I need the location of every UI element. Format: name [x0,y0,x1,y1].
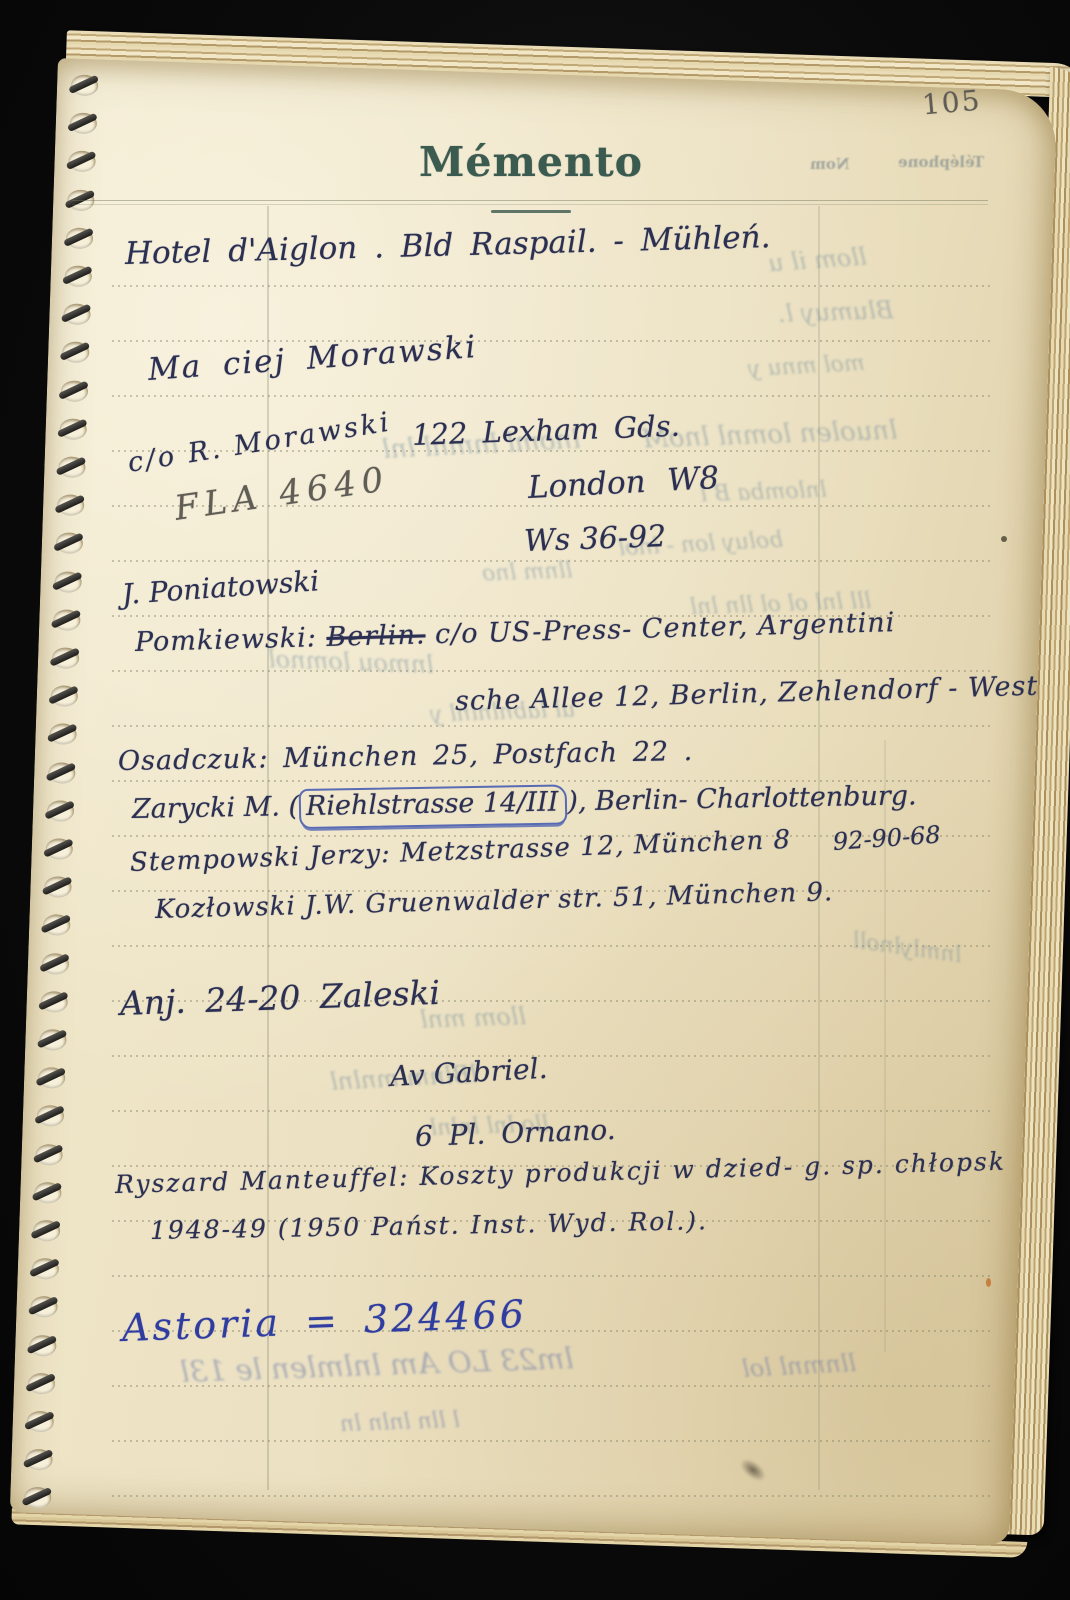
entry-osadczuk: Osadczuk: München 25, Postfach 22 . [118,736,694,777]
column-line-right [818,206,820,1490]
title-underline [491,210,571,213]
bleedthrough-verso-label-telephone: Téléphone [898,153,984,171]
ruled-line [112,395,992,397]
ruled-line [112,1440,992,1442]
ruled-line [112,725,992,727]
entry-pomkiewski-line2: sche Allee 12, Berlin, Zehlendorf - West [455,671,1039,717]
bleedthrough-text: Blumuy l. [778,296,894,328]
entry-stempowski: Stempowski Jerzy: Metzstrasse 12, Münche… [129,825,791,878]
ink-smudge [736,1454,769,1485]
entry-astoria-phone: Astoria = 324466 [121,1292,527,1350]
entry-zaleski-address1: Av Gabriel. [389,1052,548,1093]
page-number: 105 [921,83,983,121]
entry-morawski-phone-code: FLA 4640 [172,459,392,529]
ruled-line [112,340,992,342]
entry-zarycki-prefix: Zarycki M. ( [132,791,300,825]
entry-stempowski-phone: 92-90-68 [832,821,942,856]
ruled-line [112,1055,992,1057]
entry-zarycki-suffix: ), Berlin- Charlottenburg. [567,780,917,817]
entry-pomkiewski-suffix: c/o US-Press- Center, Argentini [425,607,896,650]
entry-zaleski-address2: 6 Pl. Ornano. [414,1113,616,1153]
entry-zarycki: Zarycki M. (Riehlstrasse 14/III), Berlin… [132,780,917,825]
entry-kozlowski: Kozłowski J.W. Gruenwalder str. 51, Münc… [155,877,834,925]
entry-morawski-phone: Ws 36-92 [523,519,666,559]
paper-speck [1001,536,1007,542]
bleedthrough-text: l lln lnln ln [340,1408,461,1437]
entry-zarycki-boxed-address: Riehlstrasse 14/III [299,784,568,829]
entry-hotel-aiglon: Hotel d'Aiglon . Bld Raspail. - Mühleń. [125,219,771,272]
header-rule-2 [72,204,988,205]
bleedthrough-text: llnmnl lol [741,1349,856,1383]
bleedthrough-text: lnmlylnoll [851,928,963,968]
bleedthrough-verso-label-nom: Nom [810,155,850,173]
entry-morawski-street: 122 Lexham Gds. [411,409,680,452]
ruled-line [112,285,992,287]
ruled-line [112,1275,992,1277]
entry-morawski-name: Ma ciej Morawski [147,329,479,388]
page-content-layer: Mémento 105 Nom Téléphone llom il u Blum… [0,0,1070,1600]
bleedthrough-text: lm23 LO Am lnlmlen le 13l [180,1341,575,1389]
header-rule [72,200,988,201]
entry-manteuffel-line2: 1948-49 (1950 Państ. Inst. Wyd. Rol.). [150,1206,708,1245]
entry-pomkiewski-struck-word: Berlin. [326,619,426,653]
ruled-line [112,670,992,672]
bleedthrough-text: llom il u [767,243,867,278]
entry-zaleski-phone: Anj. 24-20 Zaleski [119,973,440,1023]
paper-speck [986,1278,991,1287]
entry-poniatowski: J. Poniatowski [121,564,320,611]
bleedthrough-text: llnm lno [482,558,573,586]
ruled-line [112,1495,992,1497]
ruled-line [112,1110,992,1112]
entry-pomkiewski-prefix: Pomkiewski: [135,622,327,658]
entry-morawski-city: London W8 [527,460,720,506]
photo-scene: Mémento 105 Nom Téléphone llom il u Blum… [0,0,1070,1600]
entry-manteuffel-line1: Ryszard Manteuffel: Koszty produkcji w d… [115,1147,1007,1199]
bleedthrough-text: mol mnu y [747,351,865,382]
